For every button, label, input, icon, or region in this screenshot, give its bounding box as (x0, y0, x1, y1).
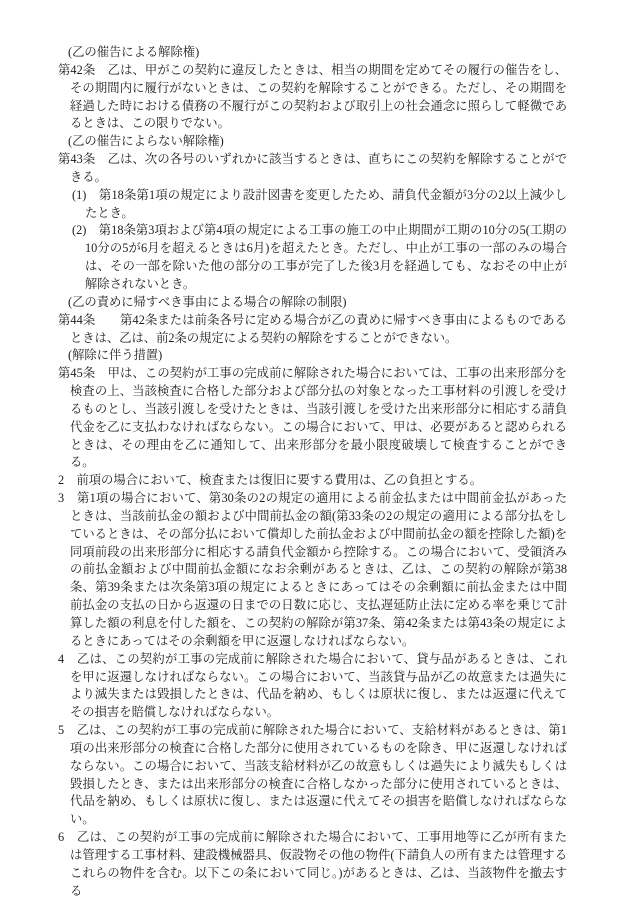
article-43-item-2: (2) 第18条第3項および第4項の規定による工事の施工の中止期間が工期の10分… (58, 222, 567, 293)
article-42-clause: 第42条 乙は、甲がこの契約に違反したときは、相当の期間を定めてその履行の催告を… (58, 62, 567, 133)
section-heading-termination-restriction: (乙の責めに帰すべき事由による場合の解除の制限) (58, 294, 567, 312)
section-heading-termination-right-with-demand: (乙の催告による解除権) (58, 44, 567, 62)
article-45-paragraph-5: 5 乙は、この契約が工事の完成前に解除された場合において、支給材料があるときは、… (58, 722, 567, 829)
contract-text-block: (乙の催告による解除権) 第42条 乙は、甲がこの契約に違反したときは、相当の期… (58, 44, 567, 901)
section-heading-termination-measures: (解除に伴う措置) (58, 347, 567, 365)
article-45-clause-1: 第45条 甲は、この契約が工事の完成前に解除された場合においては、工事の出来形部… (58, 365, 567, 472)
article-45-paragraph-4: 4 乙は、この契約が工事の完成前に解除された場合において、貸与品があるときは、こ… (58, 651, 567, 722)
article-43-clause: 第43条 乙は、次の各号のいずれかに該当するときは、直ちにこの契約を解除すること… (58, 151, 567, 187)
article-45-paragraph-3: 3 第1項の場合において、第30条の2の規定の適用による前金払または中間前金払が… (58, 490, 567, 651)
article-44-clause: 第44条 第42条または前条各号に定める場合が乙の責めに帰すべき事由によるもので… (58, 312, 567, 348)
section-heading-termination-right-without-demand: (乙の催告によらない解除権) (58, 133, 567, 151)
article-45-paragraph-6: 6 乙は、この契約が工事の完成前に解除された場合において、工事用地等に乙が所有ま… (58, 829, 567, 900)
contract-document-page: (乙の催告による解除権) 第42条 乙は、甲がこの契約に違反したときは、相当の期… (0, 0, 630, 903)
article-45-paragraph-2: 2 前項の場合において、検査または復旧に要する費用は、乙の負担とする。 (58, 472, 567, 490)
article-43-item-1: (1) 第18条第1項の規定により設計図書を変更したため、請負代金額が3分の2以… (58, 187, 567, 223)
